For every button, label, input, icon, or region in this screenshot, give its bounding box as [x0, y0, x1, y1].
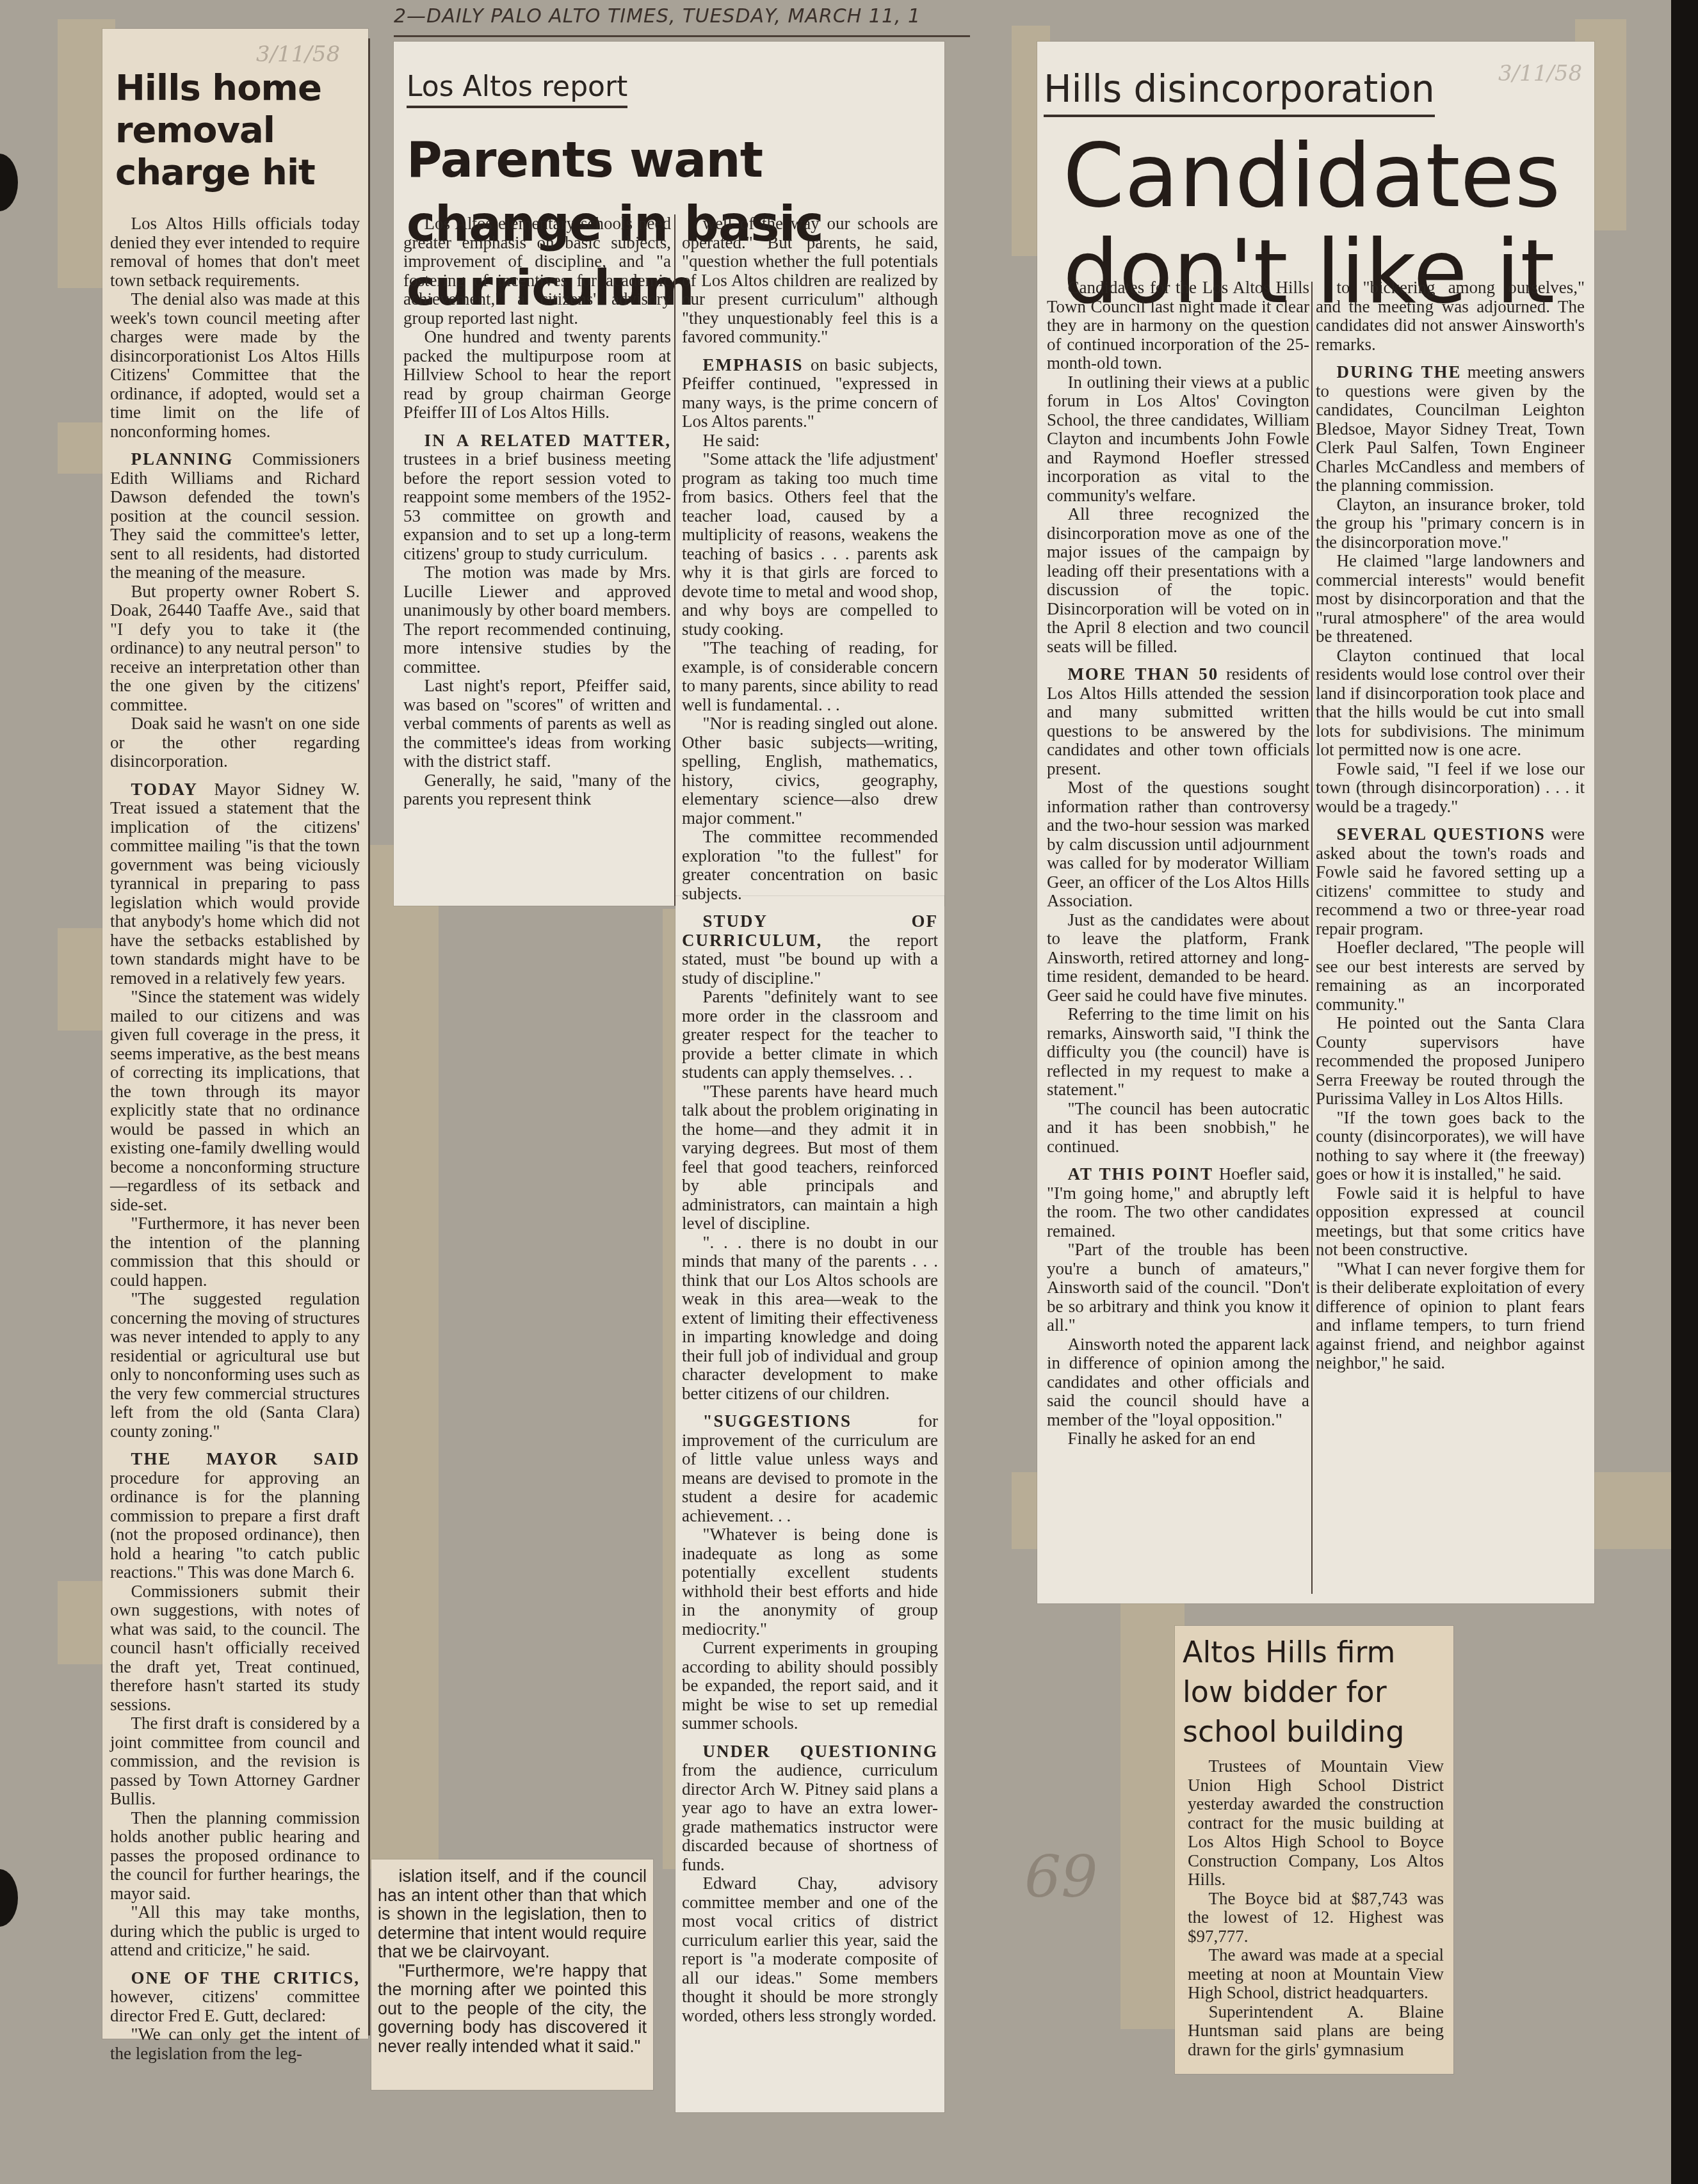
tape-strip	[362, 845, 439, 1869]
paragraph: islation itself, and if the council has …	[378, 1867, 647, 1962]
paragraph: One hundred and twenty parents packed th…	[403, 328, 671, 422]
paragraph: PLANNING Commissioners Edith Williams an…	[110, 450, 360, 582]
paragraph: Hoefler declared, "The people will see o…	[1316, 938, 1585, 1014]
handwritten-date: 3/11/58	[256, 42, 340, 67]
paragraph: Clayton continued that local residents w…	[1316, 646, 1585, 760]
paragraph-lead: ONE OF THE CRITICS,	[131, 1968, 360, 1987]
paragraph: The Boyce bid at $87,743 was the lowest …	[1188, 1890, 1444, 1947]
paragraph: STUDY OF CURRICULUM, the report stated, …	[682, 912, 938, 988]
paragraph: AT THIS POINT Hoefler said, "I'm going h…	[1047, 1165, 1309, 1241]
article-column: well of the way our schools are operated…	[682, 214, 938, 2025]
paragraph: Trustees of Mountain View Union High Sch…	[1188, 1757, 1444, 1890]
handwritten-date: 3/11/58	[1498, 61, 1582, 86]
paragraph: to "bickering among ourselves," and the …	[1316, 278, 1585, 354]
paragraph: The first draft is considered by a joint…	[110, 1714, 360, 1809]
column-rule	[674, 214, 675, 906]
paragraph-lead: PLANNING	[131, 449, 233, 469]
paragraph: "All this may take months, during which …	[110, 1903, 360, 1960]
paragraph: Just as the candidates were about to lea…	[1047, 911, 1309, 1006]
paragraph-lead: AT THIS POINT	[1067, 1164, 1213, 1184]
paragraph: "Part of the trouble has been you're a b…	[1047, 1241, 1309, 1335]
paragraph: Edward Chay, advisory committee member a…	[682, 1874, 938, 2025]
paragraph: UNDER QUESTIONING from the audience, cur…	[682, 1742, 938, 1875]
paragraph: The committee recommended exploration "t…	[682, 828, 938, 903]
paragraph: The denial also was made at this week's …	[110, 290, 360, 441]
clipping-low-bidder: Altos Hills firm low bidder for school b…	[1175, 1626, 1453, 2074]
paragraph: TODAY Mayor Sidney W. Treat issued a sta…	[110, 780, 360, 988]
paragraph: Los Altos elementary schools need greate…	[403, 214, 671, 328]
paragraph: He claimed "large landowners and commerc…	[1316, 552, 1585, 646]
paragraph: "The council has been autocratic and it …	[1047, 1100, 1309, 1157]
masthead-rule	[394, 35, 970, 37]
paragraph: THE MAYOR SAID procedure for approving a…	[110, 1450, 360, 1582]
paragraph: SEVERAL QUESTIONS were asked about the t…	[1316, 825, 1585, 938]
paragraph: "What I can never forgive them for is th…	[1316, 1260, 1585, 1373]
paragraph: "Some attack the 'life adjustment' progr…	[682, 450, 938, 639]
paragraph: Fowle said it is helpful to have opposit…	[1316, 1184, 1585, 1260]
paragraph-lead: THE MAYOR SAID	[131, 1449, 360, 1468]
paragraph-lead: STUDY OF CURRICULUM,	[682, 911, 938, 950]
column-rule	[1311, 282, 1313, 1594]
paragraph: EMPHASIS on basic subjects, Pfeiffer con…	[682, 356, 938, 431]
binder-hole	[0, 1869, 18, 1927]
paragraph-lead: SEVERAL QUESTIONS	[1336, 824, 1545, 844]
paragraph-lead: MORE THAN 50	[1067, 664, 1218, 684]
paragraph: "These parents have heard much talk abou…	[682, 1082, 938, 1233]
binder-edge	[1671, 0, 1698, 2184]
headline: Altos Hills firm low bidder for school b…	[1183, 1632, 1451, 1751]
paragraph: Fowle said, "I feel if we lose our town …	[1316, 760, 1585, 817]
paragraph: Doak said he wasn't on one side or the o…	[110, 714, 360, 771]
paragraph: He pointed out the Santa Clara County su…	[1316, 1014, 1585, 1109]
scrapbook-page: 3/11/58 Hills home removal charge hit Lo…	[0, 0, 1671, 2184]
paragraph-lead: IN A RELATED MATTER,	[424, 431, 671, 450]
paragraph: He said:	[682, 431, 938, 451]
article-body: islation itself, and if the council has …	[378, 1867, 647, 2056]
paragraph: IN A RELATED MATTER, trustees in a brief…	[403, 431, 671, 564]
paragraph: Finally he asked for an end	[1047, 1429, 1309, 1449]
paragraph: "If the town goes back to the county (di…	[1316, 1109, 1585, 1184]
paragraph: "The suggested regulation concerning the…	[110, 1290, 360, 1441]
paragraph: "Furthermore, it has never been the inte…	[110, 1214, 360, 1290]
kicker: Hills disincorporation	[1044, 67, 1435, 117]
paragraph-lead: DURING THE	[1336, 362, 1461, 381]
article-column: Candidates for the Los Altos Hills Town …	[1047, 278, 1309, 1449]
paragraph: "SUGGESTIONS for improvement of the curr…	[682, 1412, 938, 1525]
paragraph: ". . . there is no doubt in our minds th…	[682, 1233, 938, 1404]
kicker: Los Altos report	[407, 70, 627, 108]
paragraph: "Since the statement was widely mailed t…	[110, 988, 360, 1214]
article-column: Los Altos elementary schools need greate…	[403, 214, 671, 809]
paragraph: Superintendent A. Blaine Huntsman said p…	[1188, 2003, 1444, 2060]
paragraph: The motion was made by Mrs. Lucille Liew…	[403, 563, 671, 677]
paragraph: "Whatever is being done is inadequate as…	[682, 1525, 938, 1639]
handwritten-page-number: 69	[1024, 1843, 1098, 1911]
paragraph: Commissioners submit their own suggestio…	[110, 1582, 360, 1715]
paragraph: "We can only get the intent of the legis…	[110, 2025, 360, 2063]
paragraph: Parents "definitely want to see more ord…	[682, 988, 938, 1082]
paragraph: Ainsworth noted the apparent lack in dif…	[1047, 1335, 1309, 1430]
paragraph: All three recognized the disincorporatio…	[1047, 505, 1309, 656]
article-body: Trustees of Mountain View Union High Sch…	[1188, 1757, 1444, 2059]
paragraph-lead: EMPHASIS	[702, 355, 803, 374]
paragraph: MORE THAN 50 residents of Los Altos Hill…	[1047, 665, 1309, 778]
paragraph: "Nor is reading singled out alone. Other…	[682, 714, 938, 828]
paragraph: In outlining their views at a public for…	[1047, 373, 1309, 506]
paragraph: The award was made at a special meeting …	[1188, 1946, 1444, 2003]
headline: Hills home removal charge hit	[115, 67, 359, 194]
column-rule	[368, 38, 370, 2035]
paragraph: Referring to the time limit on his remar…	[1047, 1005, 1309, 1100]
paragraph: Candidates for the Los Altos Hills Town …	[1047, 278, 1309, 373]
paragraph: Then the planning commission holds anoth…	[110, 1809, 360, 1904]
masthead: 2—DAILY PALO ALTO TIMES, TUESDAY, MARCH …	[394, 5, 921, 28]
paragraph: DURING THE meeting answers to questions …	[1316, 363, 1585, 495]
clipping-home-removal: 3/11/58 Hills home removal charge hit Lo…	[102, 29, 368, 2039]
paragraph: ONE OF THE CRITICS, however, citizens' c…	[110, 1969, 360, 2026]
paragraph-lead: UNDER QUESTIONING	[702, 1742, 938, 1761]
paragraph: Clayton, an insurance broker, told the g…	[1316, 495, 1585, 552]
clipping-home-removal-continuation: islation itself, and if the council has …	[371, 1859, 653, 2090]
paragraph-lead: TODAY	[131, 780, 198, 799]
paragraph: Generally, he said, "many of the parents…	[403, 771, 671, 809]
paragraph: Last night's report, Pfeiffer said, was …	[403, 677, 671, 771]
paragraph: Most of the questions sought information…	[1047, 778, 1309, 911]
paragraph: But property owner Robert S. Doak, 26440…	[110, 582, 360, 715]
article-body: Los Altos Hills officials today denied t…	[110, 214, 360, 2063]
paragraph: well of the way our schools are operated…	[682, 214, 938, 347]
paragraph: "The teaching of reading, for example, i…	[682, 639, 938, 714]
paragraph: Los Altos Hills officials today denied t…	[110, 214, 360, 290]
paragraph: Current experiments in grouping accordin…	[682, 1639, 938, 1733]
binder-hole	[0, 154, 18, 211]
article-column: to "bickering among ourselves," and the …	[1316, 278, 1585, 1373]
paragraph-lead: "SUGGESTIONS	[702, 1411, 852, 1431]
paragraph: "Furthermore, we're happy that the morni…	[378, 1962, 647, 2057]
